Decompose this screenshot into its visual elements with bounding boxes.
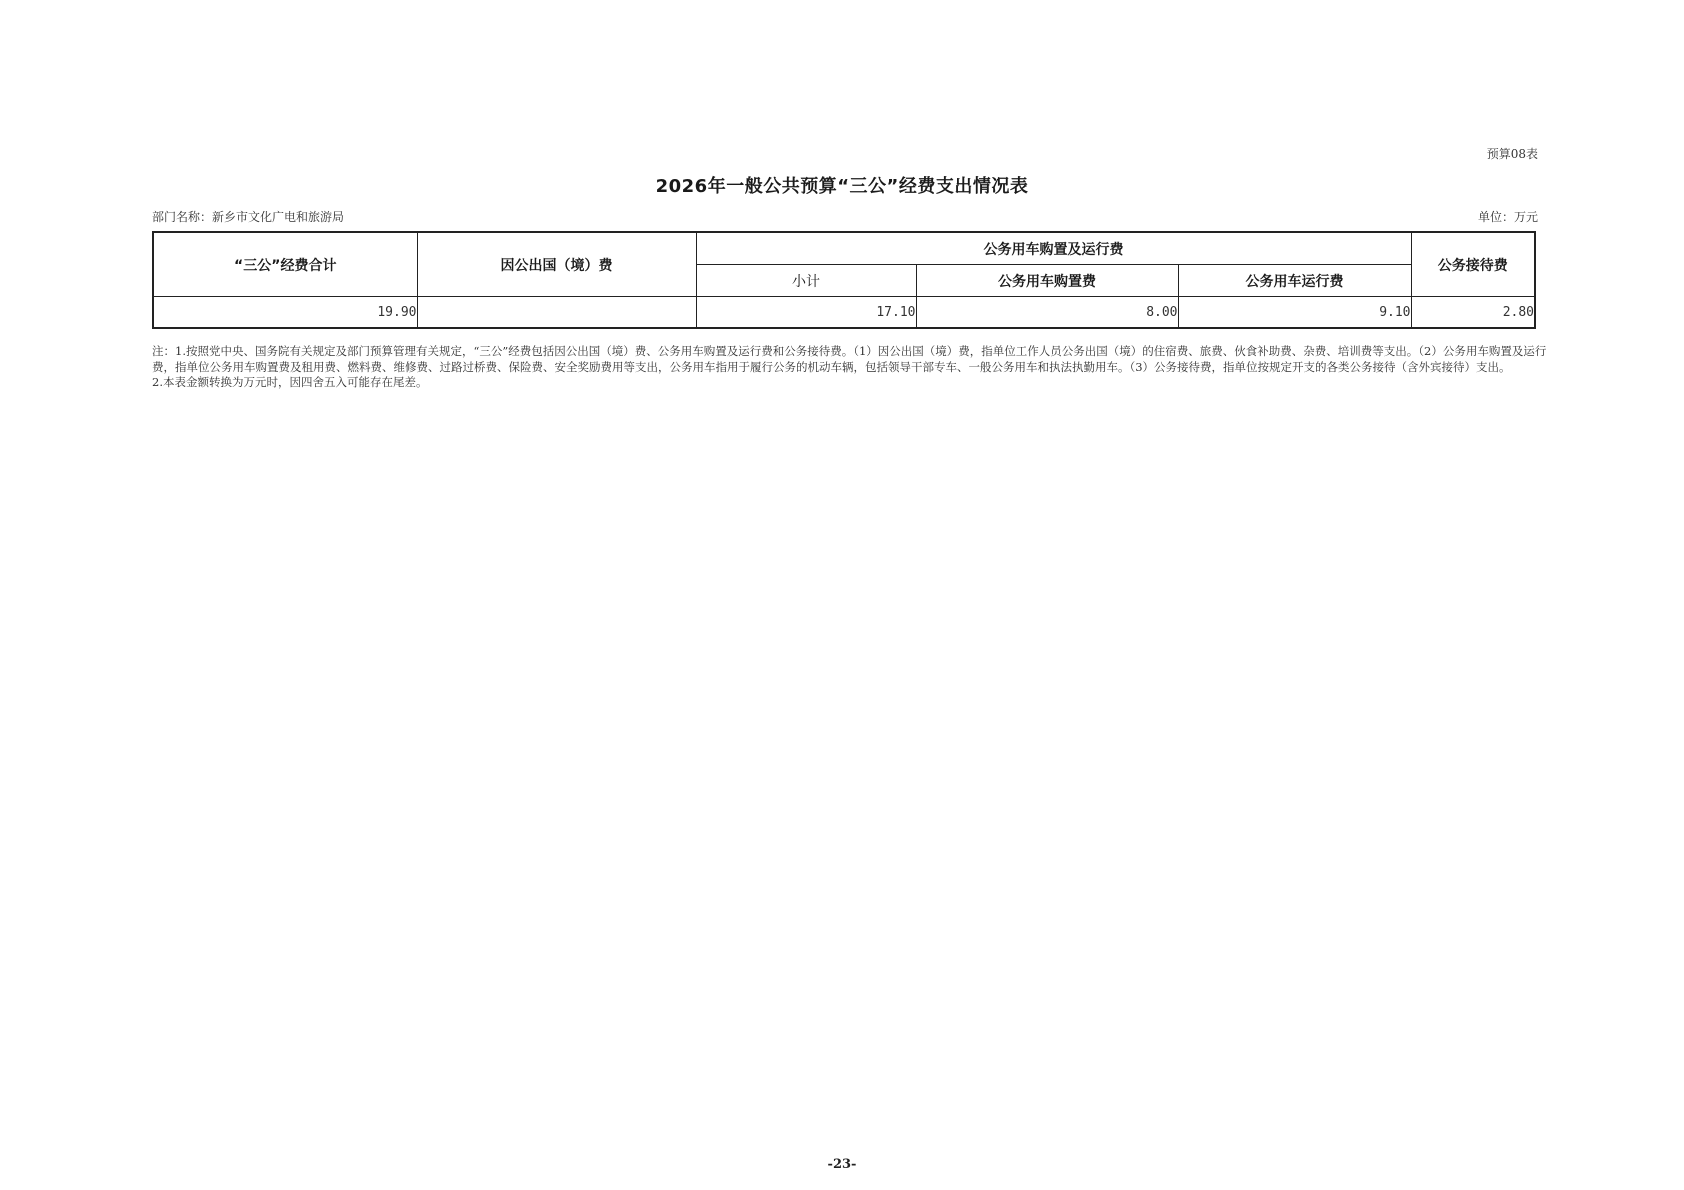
cell-reception: 2.80 [1411,297,1535,329]
header-reception: 公务接待费 [1411,232,1535,297]
table-header-row-1: “三公”经费合计 因公出国（境）费 公务用车购置及运行费 公务接待费 [153,232,1535,265]
page-number: -23- [0,1157,1684,1172]
note-2: 2.本表金额转换为万元时，因四舍五入可能存在尾差。 [152,375,1547,391]
three-public-expenses-table: “三公”经费合计 因公出国（境）费 公务用车购置及运行费 公务接待费 小计 公务… [152,231,1536,329]
form-code-label: 预算08表 [1487,145,1538,162]
cell-vehicle-purchase: 8.00 [916,297,1178,329]
header-vehicle-purchase: 公务用车购置费 [916,265,1178,297]
note-1: 注：1.按照党中央、国务院有关规定及部门预算管理有关规定，“三公”经费包括因公出… [152,344,1547,375]
header-vehicle-subtotal: 小计 [696,265,916,297]
table-row: 19.90 17.10 8.00 9.10 2.80 [153,297,1535,329]
department-name: 部门名称：新乡市文化广电和旅游局 [152,208,344,225]
cell-vehicle-operation: 9.10 [1178,297,1411,329]
table-notes: 注：1.按照党中央、国务院有关规定及部门预算管理有关规定，“三公”经费包括因公出… [152,344,1547,391]
cell-vehicle-subtotal: 17.10 [696,297,916,329]
page-title: 2026年一般公共预算“三公”经费支出情况表 [0,172,1684,198]
header-vehicle-group: 公务用车购置及运行费 [696,232,1411,265]
header-total: “三公”经费合计 [153,232,417,297]
header-overseas: 因公出国（境）费 [417,232,696,297]
header-vehicle-operation: 公务用车运行费 [1178,265,1411,297]
cell-overseas [417,297,696,329]
cell-total: 19.90 [153,297,417,329]
unit-label: 单位：万元 [1478,208,1538,225]
